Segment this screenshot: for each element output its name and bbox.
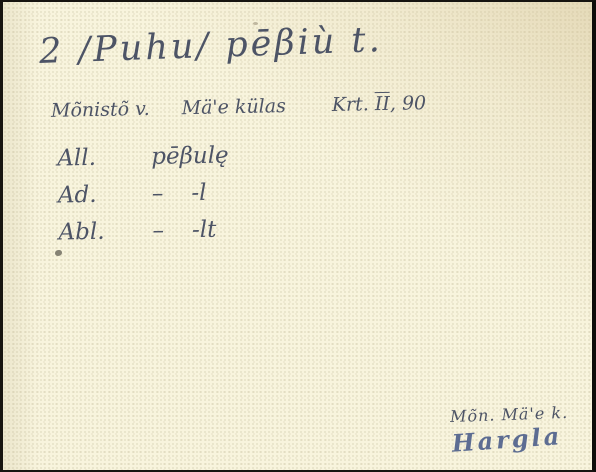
case-paradigm-block: All. pēβulę Ad. – -l Abl. – -lt (57, 143, 230, 257)
case-form: -lt (192, 217, 217, 243)
parish-name: Mõnistõ v. (51, 98, 150, 122)
paradigm-row-adessive: Ad. – -l (58, 180, 230, 220)
paradigm-row-ablative: Abl. – -lt (58, 217, 230, 257)
source-volume-roman-numeral: II (375, 93, 390, 115)
paper-blemish (253, 22, 258, 25)
ditto-dash: – (152, 181, 164, 207)
ditto-dash: – (152, 218, 164, 244)
case-label: Abl. (58, 218, 152, 246)
case-form: pēβulę (151, 143, 229, 170)
collector-signature: Hargla (449, 421, 563, 458)
source-prefix: Krt. (332, 93, 369, 116)
dialect-card-scan: 2 /Puhu/ pēβiù t. Mõnistõ v. Mä'e külas … (0, 0, 596, 472)
reference-line: Mõnistõ v. Mä'e külas Krt. II, 90 (51, 92, 427, 122)
case-label: All. (57, 144, 151, 172)
case-label: Ad. (58, 181, 152, 209)
attribution-block: Mõn. Mä'e k. Hargla (450, 405, 568, 454)
card-title-headword: 2 /Puhu/ pēβiù t. (38, 20, 383, 72)
paradigm-row-allative: All. pēβulę (57, 143, 229, 183)
source-citation: Krt. II, 90 (332, 92, 427, 116)
village-name: Mä'e külas (181, 95, 286, 119)
source-page: , 90 (390, 92, 427, 115)
case-form: -l (191, 180, 207, 206)
